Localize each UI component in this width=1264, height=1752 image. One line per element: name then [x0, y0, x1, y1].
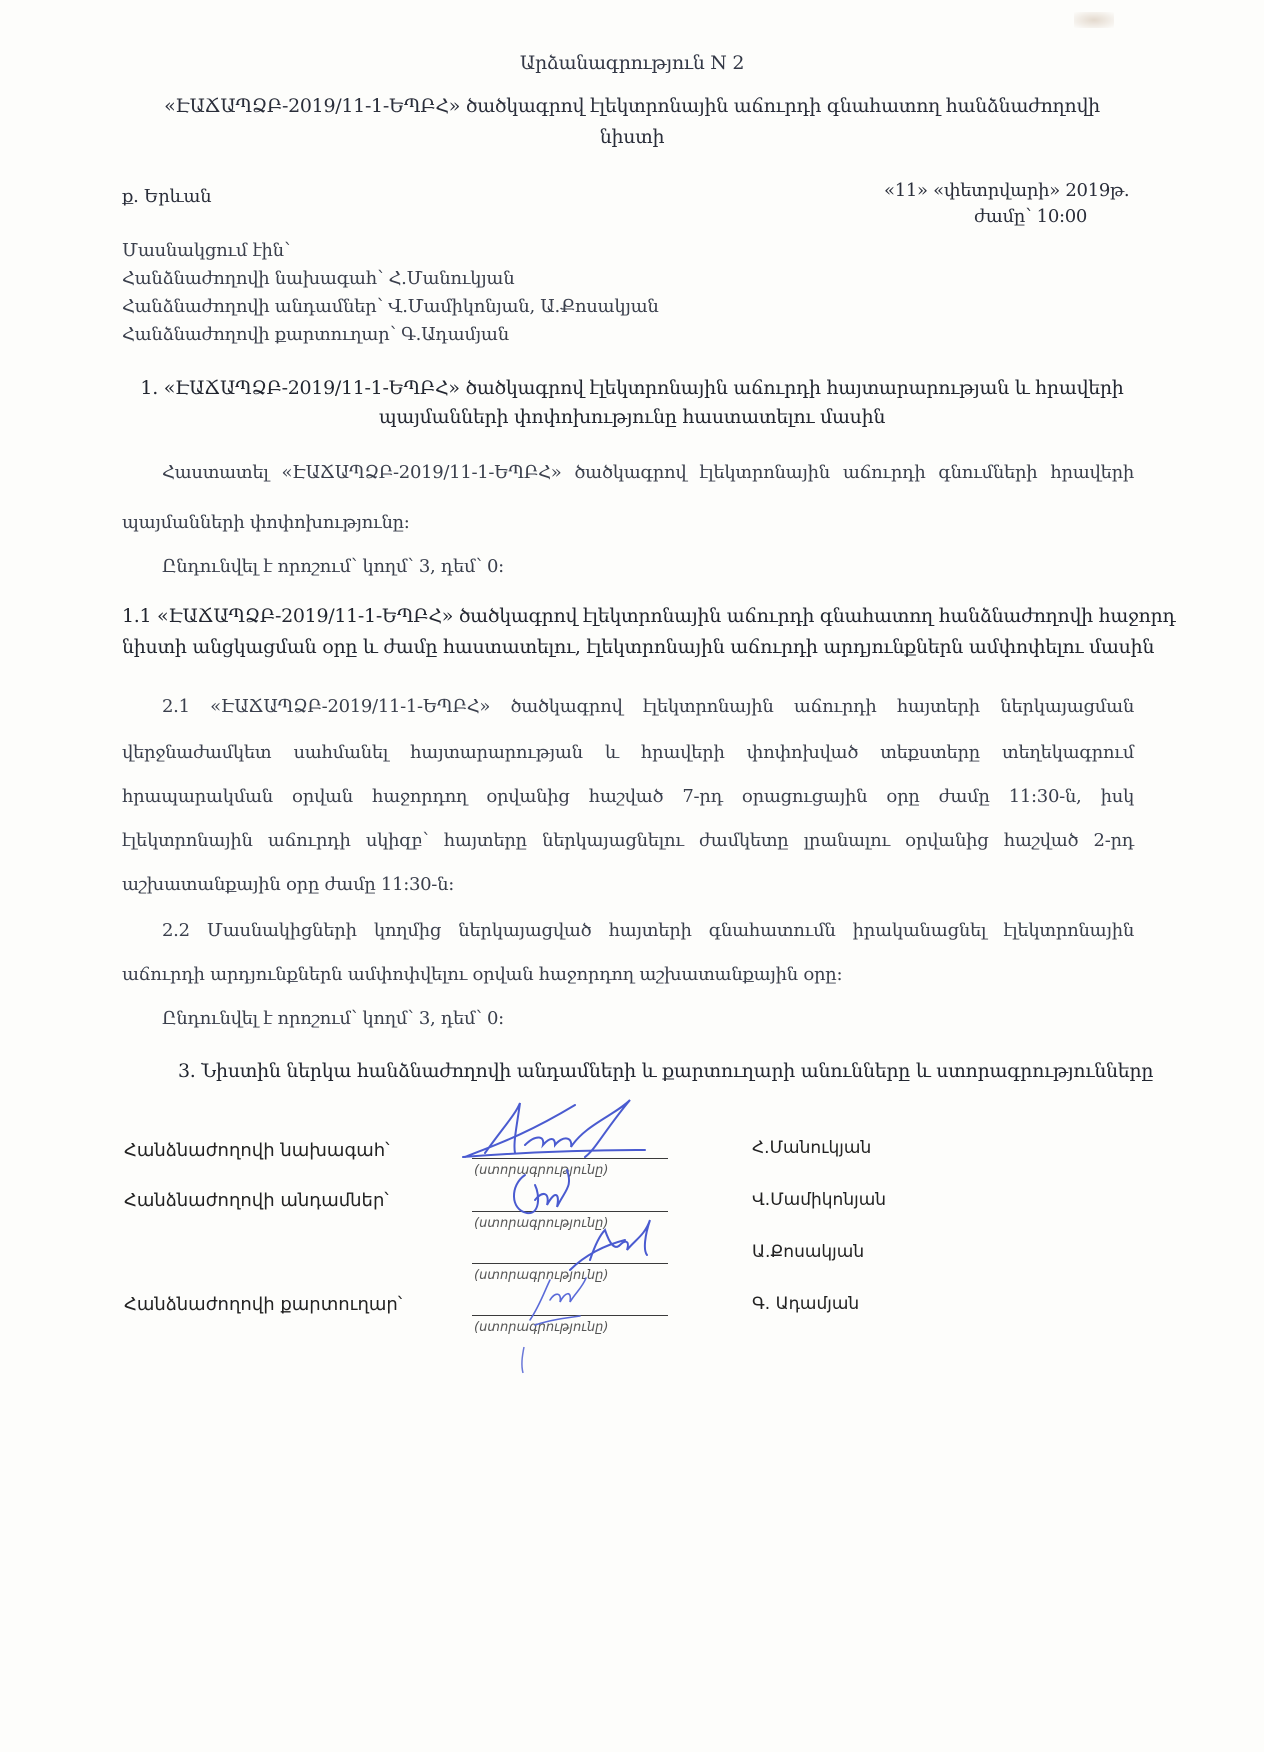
- section-2-2-line: 2.2 Մասնակիցների կողմից ներկայացված հայտ…: [162, 920, 1134, 941]
- document-title: Արձանագրություն N 2: [0, 52, 1264, 74]
- meeting-date: «11» «փետրվարի» 2019թ.: [884, 180, 1129, 201]
- section-2-1-line: հրապարակման օրվան հաջորդող օրվանից հաշվա…: [122, 786, 1134, 807]
- ink-mark: [518, 1345, 528, 1375]
- document-subtitle-cont: նիստի: [0, 126, 1264, 148]
- handwritten-signature-secretary: [520, 1270, 600, 1330]
- signature-role-chair: Հանձնաժողովի նախագահ՝: [124, 1140, 390, 1161]
- document-subtitle: «ԷԱՃԱՊՁԲ-2019/11-1-ԵՊԲՀ» ծածկագրով էլեկտ…: [0, 95, 1264, 117]
- participant-members: Հանձնաժողովի անդամներ՝ Վ.Մամիկոնյան, Ա.Ք…: [122, 296, 659, 317]
- section-2-vote: Ընդունվել է որոշում՝ կողմ՝ 3, դեմ՝ 0:: [162, 1008, 504, 1029]
- section-2-1-line: էլեկտրոնային աճուրդի սկիզբ՝ հայտերը ներկ…: [122, 830, 1134, 851]
- section-1-1-heading: 1.1 «ԷԱՃԱՊՁԲ-2019/11-1-ԵՊԲՀ» ծածկագրով է…: [122, 605, 1175, 627]
- scan-artifact: [1074, 12, 1114, 28]
- signer-name-secretary: Գ. Ադամյան: [752, 1294, 859, 1314]
- signer-name-chair: Հ.Մանուկյան: [752, 1138, 871, 1158]
- section-3-heading: 3. Նիստին ներկա հանձնաժողովի անդամների և…: [178, 1060, 1153, 1082]
- section-2-1-line: 2.1 «ԷԱՃԱՊՁԲ-2019/11-1-ԵՊԲՀ» ծածկագրով է…: [162, 696, 1134, 717]
- section-1-body: Հաստատել «ԷԱՃԱՊՁԲ-2019/11-1-ԵՊԲՀ» ծածկագ…: [162, 462, 1134, 483]
- participant-secretary: Հանձնաժողովի քարտուղար՝ Գ.Ադամյան: [122, 324, 509, 345]
- city: ք. Երևան: [122, 186, 211, 207]
- handwritten-signature-chair: [455, 1095, 655, 1165]
- section-1-vote: Ընդունվել է որոշում՝ կողմ՝ 3, դեմ՝ 0:: [162, 556, 504, 577]
- section-2-1-line: վերջնաժամկետ սահմանել հայտարարության և հ…: [122, 742, 1134, 763]
- section-2-2-line: աճուրդի արդյունքներն ամփոփվելու օրվան հա…: [122, 964, 842, 985]
- participant-chair: Հանձնաժողովի նախագահ՝ Հ.Մանուկյան: [122, 268, 514, 289]
- signer-name-member-1: Վ.Մամիկոնյան: [752, 1190, 886, 1210]
- section-1-heading-cont: պայմանների փոփոխությունը հաստատելու մասի…: [0, 406, 1264, 428]
- section-1-1-heading-cont: նիստի անցկացման օրը և ժամը հաստատելու, է…: [122, 636, 1154, 658]
- protocol-document: Արձանագրություն N 2 «ԷԱՃԱՊՁԲ-2019/11-1-Ե…: [0, 0, 1264, 1752]
- signature-role-members: Հանձնաժողովի անդամներ՝: [124, 1190, 389, 1211]
- section-1-heading: 1. «ԷԱՃԱՊՁԲ-2019/11-1-ԵՊԲՀ» ծածկագրով էլ…: [0, 377, 1264, 399]
- handwritten-signature-member-2: [565, 1215, 665, 1275]
- meeting-time: ժամը՝ 10:00: [974, 206, 1087, 227]
- signature-role-secretary: Հանձնաժողովի քարտուղար՝: [124, 1294, 402, 1315]
- section-2-1-line: աշխատանքային օրը ժամը 11:30-ն:: [122, 874, 454, 895]
- section-1-body-cont: պայմանների փոփոխությունը:: [122, 512, 410, 533]
- signer-name-member-2: Ա.Քոսակյան: [752, 1242, 864, 1262]
- participants-label: Մասնակցում էին՝: [122, 240, 290, 261]
